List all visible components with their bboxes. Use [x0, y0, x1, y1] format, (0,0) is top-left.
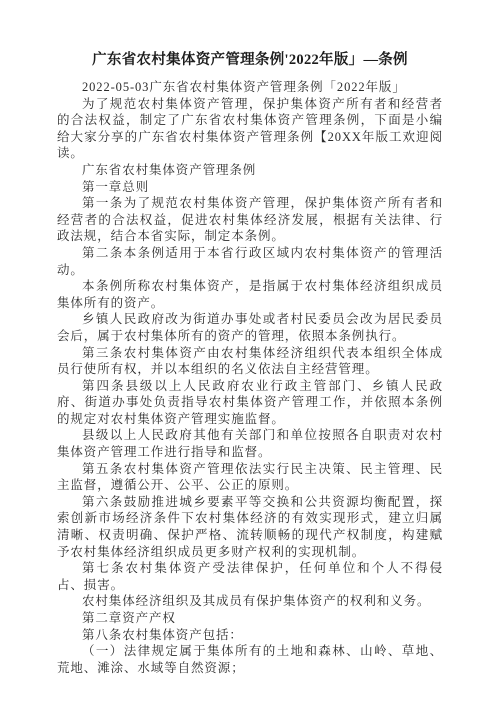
document-paragraph: 乡镇人民政府改为街道办事处或者村民委员会改为居民委员会后，属于农村集体所有的资产…: [57, 311, 443, 344]
document-title: 广东省农村集体资产管理条例'2022年版」—条例: [57, 50, 443, 70]
document-paragraph: 第五条农村集体资产管理依法实行民主决策、民主管理、民主监督，遵循公开、公平、公正…: [57, 461, 443, 494]
document-paragraph: 第三条农村集体资产由农村集体经济组织代表本组织全体成员行使所有权，并以本组织的名…: [57, 345, 443, 378]
document-paragraph: 农村集体经济组织及其成员有保护集体资产的权利和义务。: [57, 593, 443, 610]
document-paragraph: （一）法律规定属于集体所有的土地和森林、山岭、草地、荒地、滩涂、水域等自然资源；: [57, 643, 443, 676]
document-paragraph: 第一条为了规范农村集体资产管理，保护集体资产所有者和经营者的合法权益，促进农村集…: [57, 195, 443, 245]
document-paragraph: 第一章总则: [57, 179, 443, 196]
document-paragraph: 第二章资产产权: [57, 610, 443, 627]
document-paragraph: 县级以上人民政府其他有关部门和单位按照各自职责对农村集体资产管理工作进行指导和监…: [57, 427, 443, 460]
document-paragraph: 本条例所称农村集体资产，是指属于农村集体经济组织成员集体所有的资产。: [57, 278, 443, 311]
document-paragraph: 第八条农村集体资产包括：: [57, 627, 443, 644]
document-body: 2022-05-03广东省农村集体资产管理条例「2022年版」 为了规范农村集体…: [57, 79, 443, 676]
document-paragraph: 第七条农村集体资产受法律保护，任何单位和个人不得侵占、损害。: [57, 560, 443, 593]
document-paragraph: 为了规范农村集体资产管理，保护集体资产所有者和经营者的合法权益，制定了广东省农村…: [57, 96, 443, 162]
document-paragraph: 第四条县级以上人民政府农业行政主管部门、乡镇人民政府、街道办事处负责指导农村集体…: [57, 378, 443, 428]
document-paragraph: 第六条鼓励推进城乡要素平等交换和公共资源均衡配置，探索创新市场经济条件下农村集体…: [57, 494, 443, 560]
document-paragraph: 2022-05-03广东省农村集体资产管理条例「2022年版」: [57, 79, 443, 96]
document-paragraph: 第二条本条例适用于本省行政区域内农村集体资产的管理活动。: [57, 245, 443, 278]
document-paragraph: 广东省农村集体资产管理条例: [57, 162, 443, 179]
document-page: 广东省农村集体资产管理条例'2022年版」—条例 2022-05-03广东省农村…: [0, 0, 500, 707]
